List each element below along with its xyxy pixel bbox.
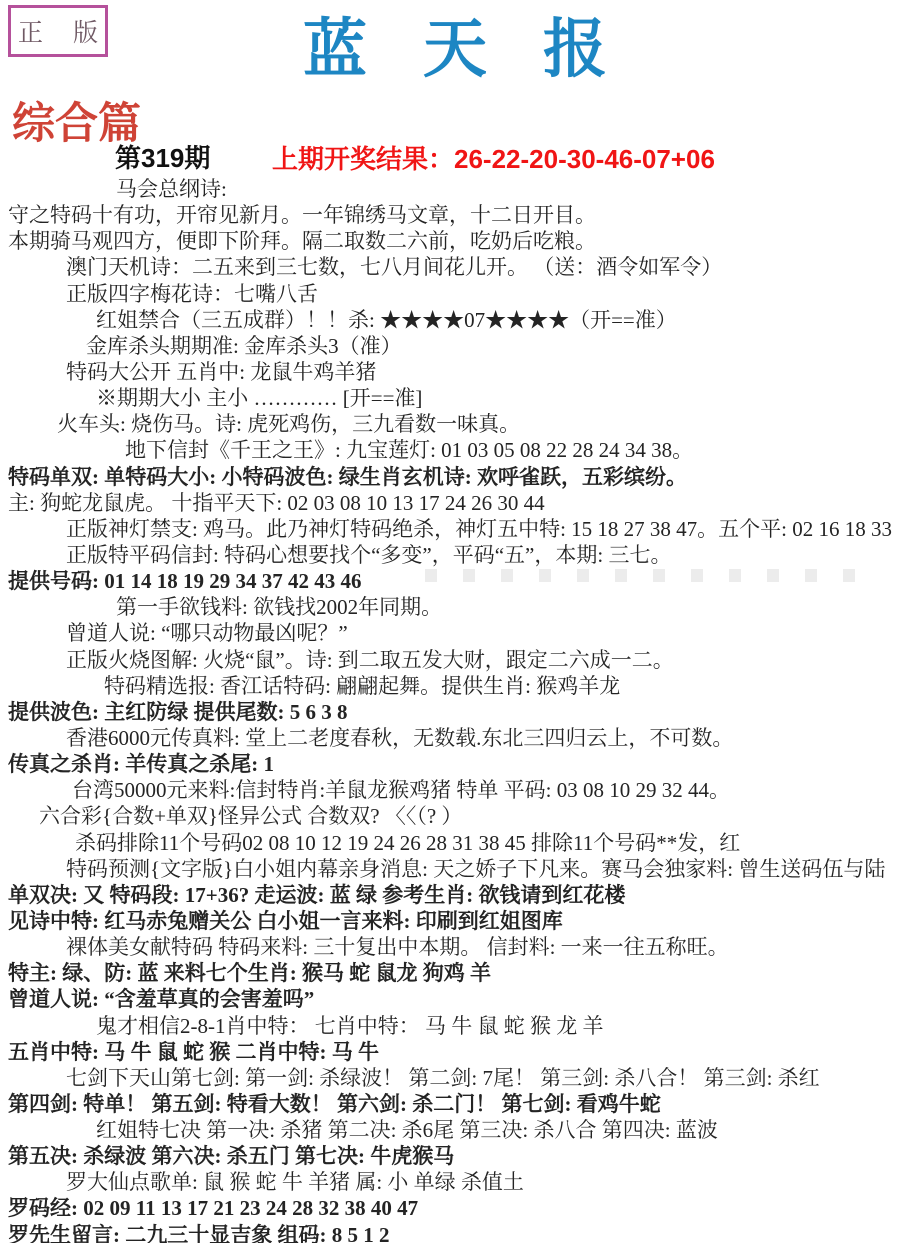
report-line: 本期骑马观四方，便即下阶拜。隔二取数二六前，吃奶后吃粮。 [0, 228, 900, 254]
report-line: 曾道人说: “哪只动物最凶呢？” [0, 620, 900, 646]
report-line: 见诗中特: 红马赤兔赠关公 白小姐一言来料: 印刷到红姐图库 [0, 908, 900, 934]
report-line: 鬼才相信2-8-1肖中特： 七肖中特： 马 牛 鼠 蛇 猴 龙 羊 [0, 1013, 900, 1039]
report-line: 五肖中特: 马 牛 鼠 蛇 猴 二肖中特: 马 牛 [0, 1039, 900, 1065]
report-line: 正版神灯禁支: 鸡马。此乃神灯特码绝杀，神灯五中特: 15 18 27 38 4… [0, 516, 900, 542]
report-line: 金库杀头期期准: 金库杀头3（准） [0, 333, 900, 359]
report-body: 马会总纲诗: 守之特码十有功，开帘见新月。一年锦绣马文章，十二日开目。 本期骑马… [0, 176, 900, 1243]
report-line: 火车头: 烧伤马。诗: 虎死鸡伤，三九看数一味真。 [0, 411, 900, 437]
report-line: 第四剑: 特单！ 第五剑: 特看大数！ 第六剑: 杀二门！ 第七剑: 看鸡牛蛇 [0, 1091, 900, 1117]
report-line: 第五决: 杀绿波 第六决: 杀五门 第七决: 牛虎猴马 [0, 1143, 900, 1169]
report-line: 特码单双: 单特码大小: 小特码波色: 绿生肖玄机诗: 欢呼雀跃，五彩缤纷。 [0, 464, 900, 490]
report-line: 罗大仙点歌单: 鼠 猴 蛇 牛 羊猪 属: 小 单绿 杀值土 [0, 1169, 900, 1195]
report-line: ※期期大小 主小 ………… [开==准] [0, 385, 900, 411]
report-line: 正版四字梅花诗：七嘴八舌 [0, 281, 900, 307]
report-line: 香港6000元传真料: 堂上二老度春秋，无数载.东北三四归云上，不可数。 [0, 725, 900, 751]
issue-number: 第319期 [115, 138, 210, 175]
report-line: 特码大公开 五肖中: 龙鼠牛鸡羊猪 [0, 359, 900, 385]
report-line: 杀码排除11个号码02 08 10 12 19 24 26 28 31 38 4… [0, 830, 900, 856]
report-line: 特码预测{文字版}白小姐内幕亲身消息: 天之娇子下凡来。赛马会独家料: 曾生送码… [0, 856, 900, 882]
report-line: 单双决: 又 特码段: 17+36? 走运波: 蓝 绿 参考生肖: 欲钱请到红花… [0, 882, 900, 908]
report-line: 马会总纲诗: [0, 176, 900, 202]
report-line: 特码精选报: 香江话特码: 翩翩起舞。提供生肖: 猴鸡羊龙 [0, 673, 900, 699]
report-line: 裸体美女献特码 特码来料: 三十复出中本期。 信封料: 一来一往五称旺。 [0, 934, 900, 960]
last-draw-result: 上期开奖结果：26-22-20-30-46-07+06 [272, 139, 715, 176]
report-line: 正版火烧图解: 火烧“鼠”。诗: 到二取五发大财，跟定二六成一二。 [0, 647, 900, 673]
report-line: 七剑下天山第七剑: 第一剑: 杀绿波！ 第二剑: 7尾！ 第三剑: 杀八合！ 第… [0, 1065, 900, 1091]
report-line: 特主: 绿、防: 蓝 来料七个生肖: 猴马 蛇 鼠龙 狗鸡 羊 [0, 960, 900, 986]
report-line: 六合彩{合数+单双}怪异公式 合数双? 〈〈（? ） [0, 803, 900, 829]
report-line: 第一手欲钱料: 欲钱找2002年同期。 [0, 594, 900, 620]
edition-badge: 正版 [8, 5, 108, 57]
report-line: 曾道人说: “含羞草真的会害羞吗” [0, 986, 900, 1012]
report-line: 罗先生留言: 二九三十显吉象 组码: 8 5 1 2 [0, 1222, 900, 1243]
lottery-tip-sheet-page: 正版 蓝天报 综合篇 第319期 上期开奖结果：26-22-20-30-46-0… [0, 0, 900, 1243]
report-line: 主: 狗蛇龙鼠虎。 十指平天下: 02 03 08 10 13 17 24 26… [0, 490, 900, 516]
report-line: 罗码经: 02 09 11 13 17 21 23 24 28 32 38 40… [0, 1195, 900, 1221]
report-line: 地下信封《千王之王》: 九宝莲灯: 01 03 05 08 22 28 24 3… [0, 437, 900, 463]
report-line: 台湾50000元来料:信封特肖:羊鼠龙猴鸡猪 特单 平码: 03 08 10 2… [0, 777, 900, 803]
report-line: 传真之杀肖: 羊传真之杀尾: 1 [0, 751, 900, 777]
report-line: 提供波色: 主红防绿 提供尾数: 5 6 3 8 [0, 699, 900, 725]
edition-badge-label: 正版 [18, 13, 128, 49]
page-title: 蓝天报 [303, 12, 663, 89]
report-line: 红姐特七决 第一决: 杀猪 第二决: 杀6尾 第三决: 杀八合 第四决: 蓝波 [0, 1117, 900, 1143]
report-line: 红姐禁合（三五成群）！！杀: ★★★★07★★★★（开==准） [0, 307, 900, 333]
faded-print-artifact [425, 569, 880, 582]
report-line: 守之特码十有功，开帘见新月。一年锦绣马文章，十二日开目。 [0, 202, 900, 228]
report-line: 正版特平码信封: 特码心想要找个“多变”，平码“五”，本期: 三七。 [0, 542, 900, 568]
report-line: 澳门天机诗：二五来到三七数，七八月间花儿开。 （送：酒令如军令） [0, 254, 900, 280]
